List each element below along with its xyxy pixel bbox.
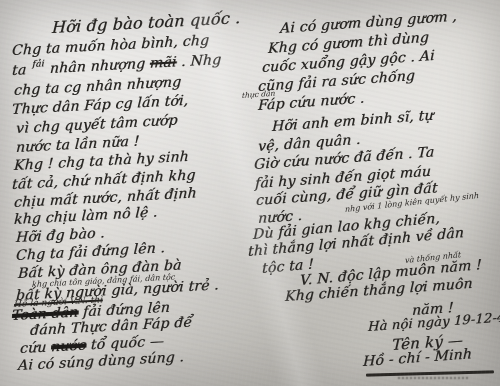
right-page: Ai có gươm dùng gươm , Khg có gươm thì d…	[0, 0, 500, 386]
tiny-print-caption	[398, 377, 468, 381]
handwritten-line: Ai có gươm dùng gươm ,	[280, 10, 457, 36]
handwritten-line: Hỡi anh em binh sĩ, tự	[272, 109, 434, 134]
manuscript-photo: Hỡi đg bào toàn quốc . Chg ta muốn hòa b…	[0, 0, 500, 386]
signature-name: Hồ - chí - Minh	[363, 347, 472, 369]
signature-underline	[366, 370, 494, 376]
